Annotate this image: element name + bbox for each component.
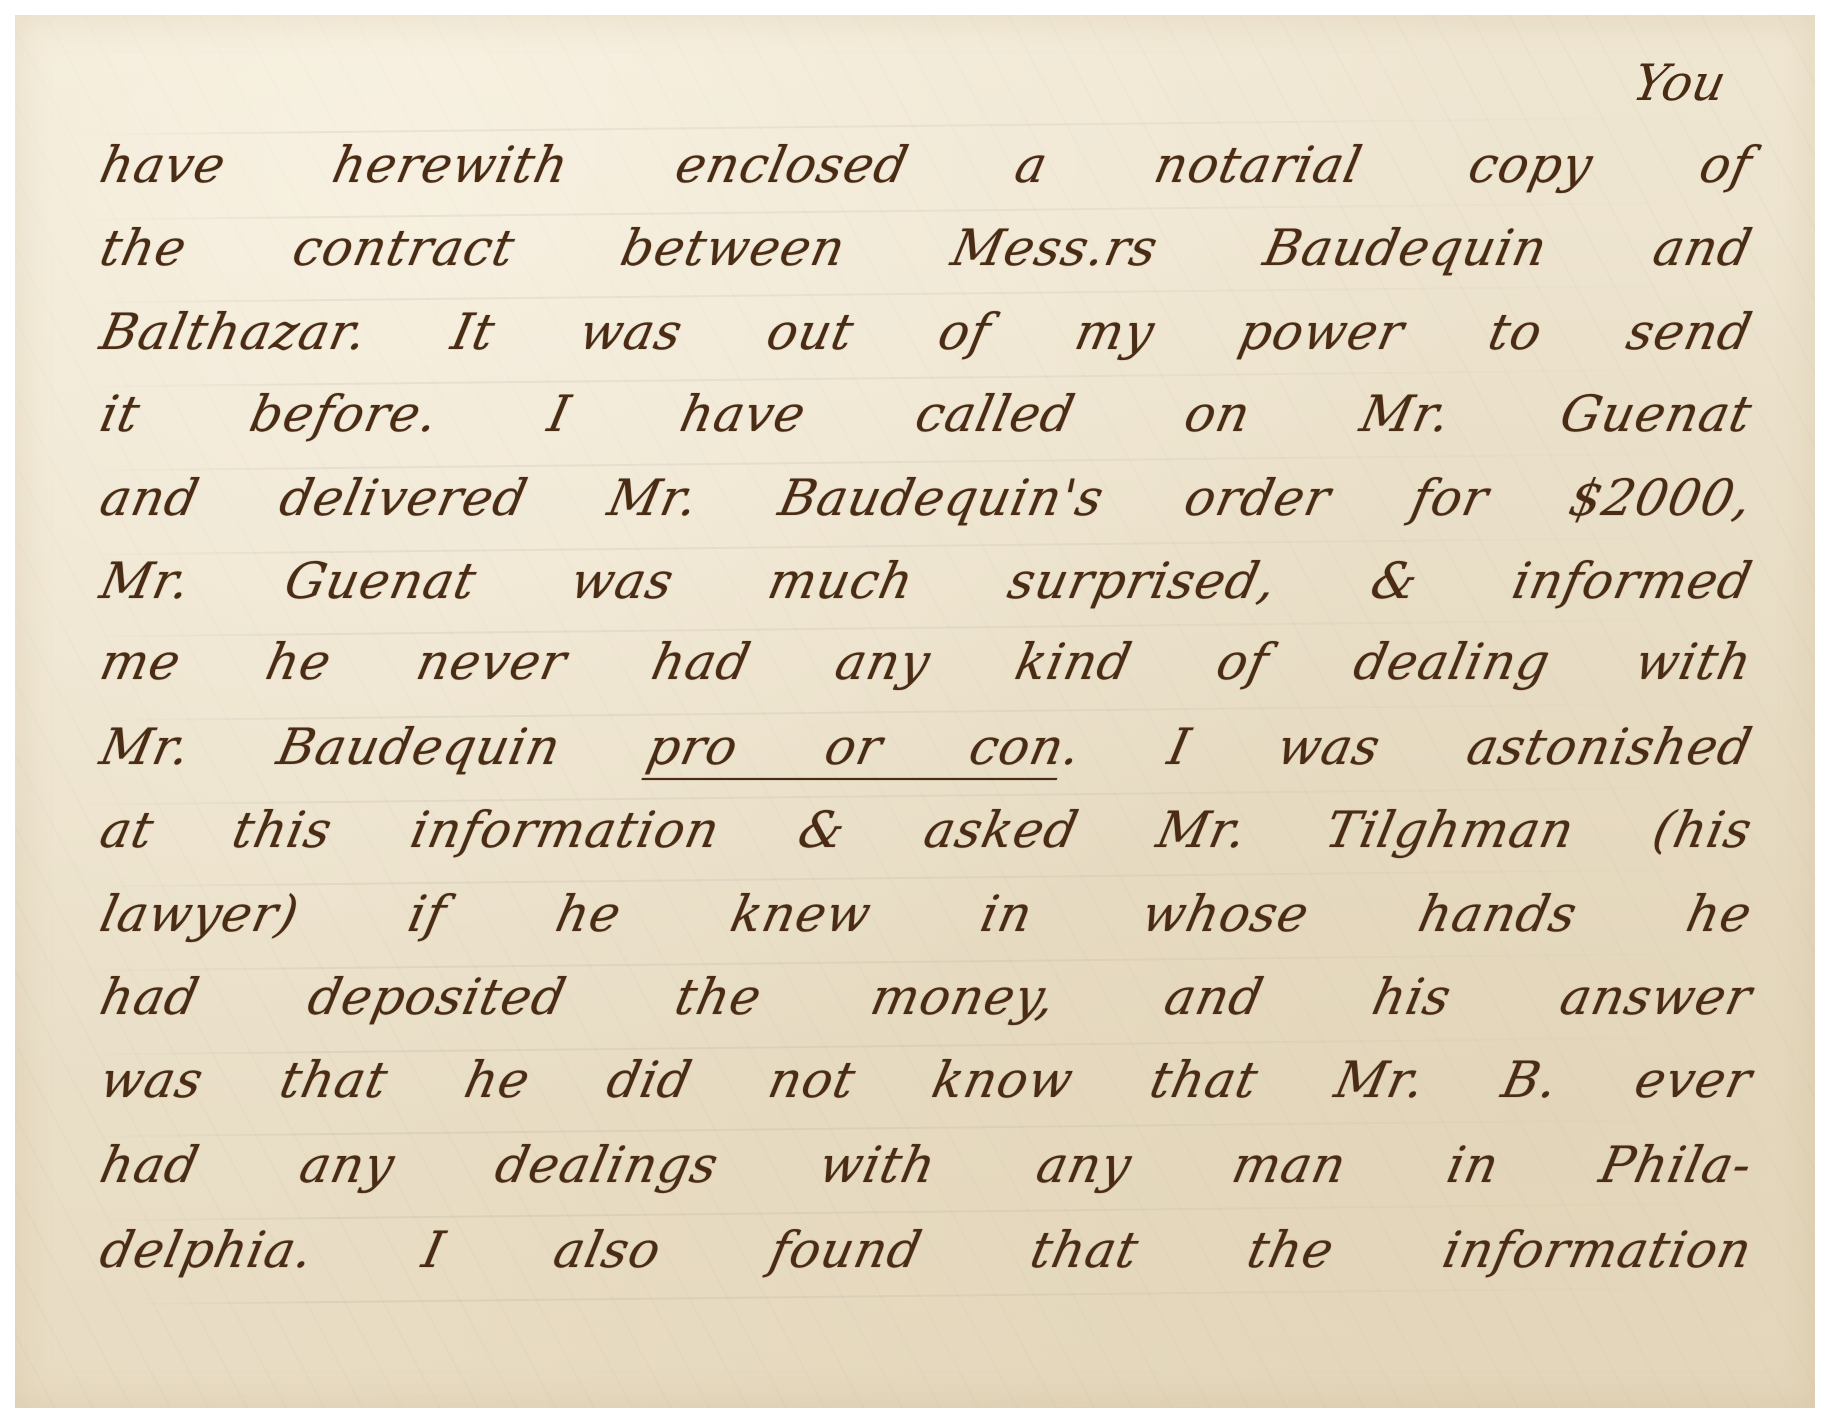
handwritten-line-8: Mr. Baudequin pro or con. I was astonish…: [95, 717, 1758, 777]
handwritten-line-13: had any dealings with any man in Phila-: [95, 1135, 1758, 1195]
handwritten-line-3: Balthazar. It was out of my power to sen…: [95, 302, 1758, 362]
handwritten-line-12: was that he did not know that Mr. B. eve…: [95, 1050, 1758, 1110]
handwritten-line-11: had deposited the money, and his answer: [95, 967, 1758, 1027]
handwritten-line-2: the contract between Mess.rs Baudequin a…: [95, 218, 1758, 278]
handwritten-line-1: have herewith enclosed a notarial copy o…: [95, 135, 1758, 195]
handwritten-line-14: delphia. I also found that the informati…: [95, 1220, 1758, 1280]
line-8-suffix: . I was astonished: [1058, 718, 1758, 776]
letter-page: You have herewith enclosed a notarial co…: [15, 15, 1815, 1408]
handwritten-line-7: me he never had any kind of dealing with: [95, 632, 1758, 692]
handwritten-line-4: it before. I have called on Mr. Guenat: [95, 384, 1758, 444]
handwritten-line-5: and delivered Mr. Baudequin's order for …: [95, 468, 1758, 528]
handwritten-line-6: Mr. Guenat was much surprised, & informe…: [95, 551, 1758, 611]
handwritten-line-10: lawyer) if he knew in whose hands he: [95, 884, 1758, 944]
line-8-prefix: Mr. Baudequin: [95, 718, 655, 776]
catchword: You: [1628, 53, 1732, 113]
underlined-phrase: pro or con: [642, 718, 1070, 776]
handwritten-line-9: at this information & asked Mr. Tilghman…: [95, 800, 1758, 860]
